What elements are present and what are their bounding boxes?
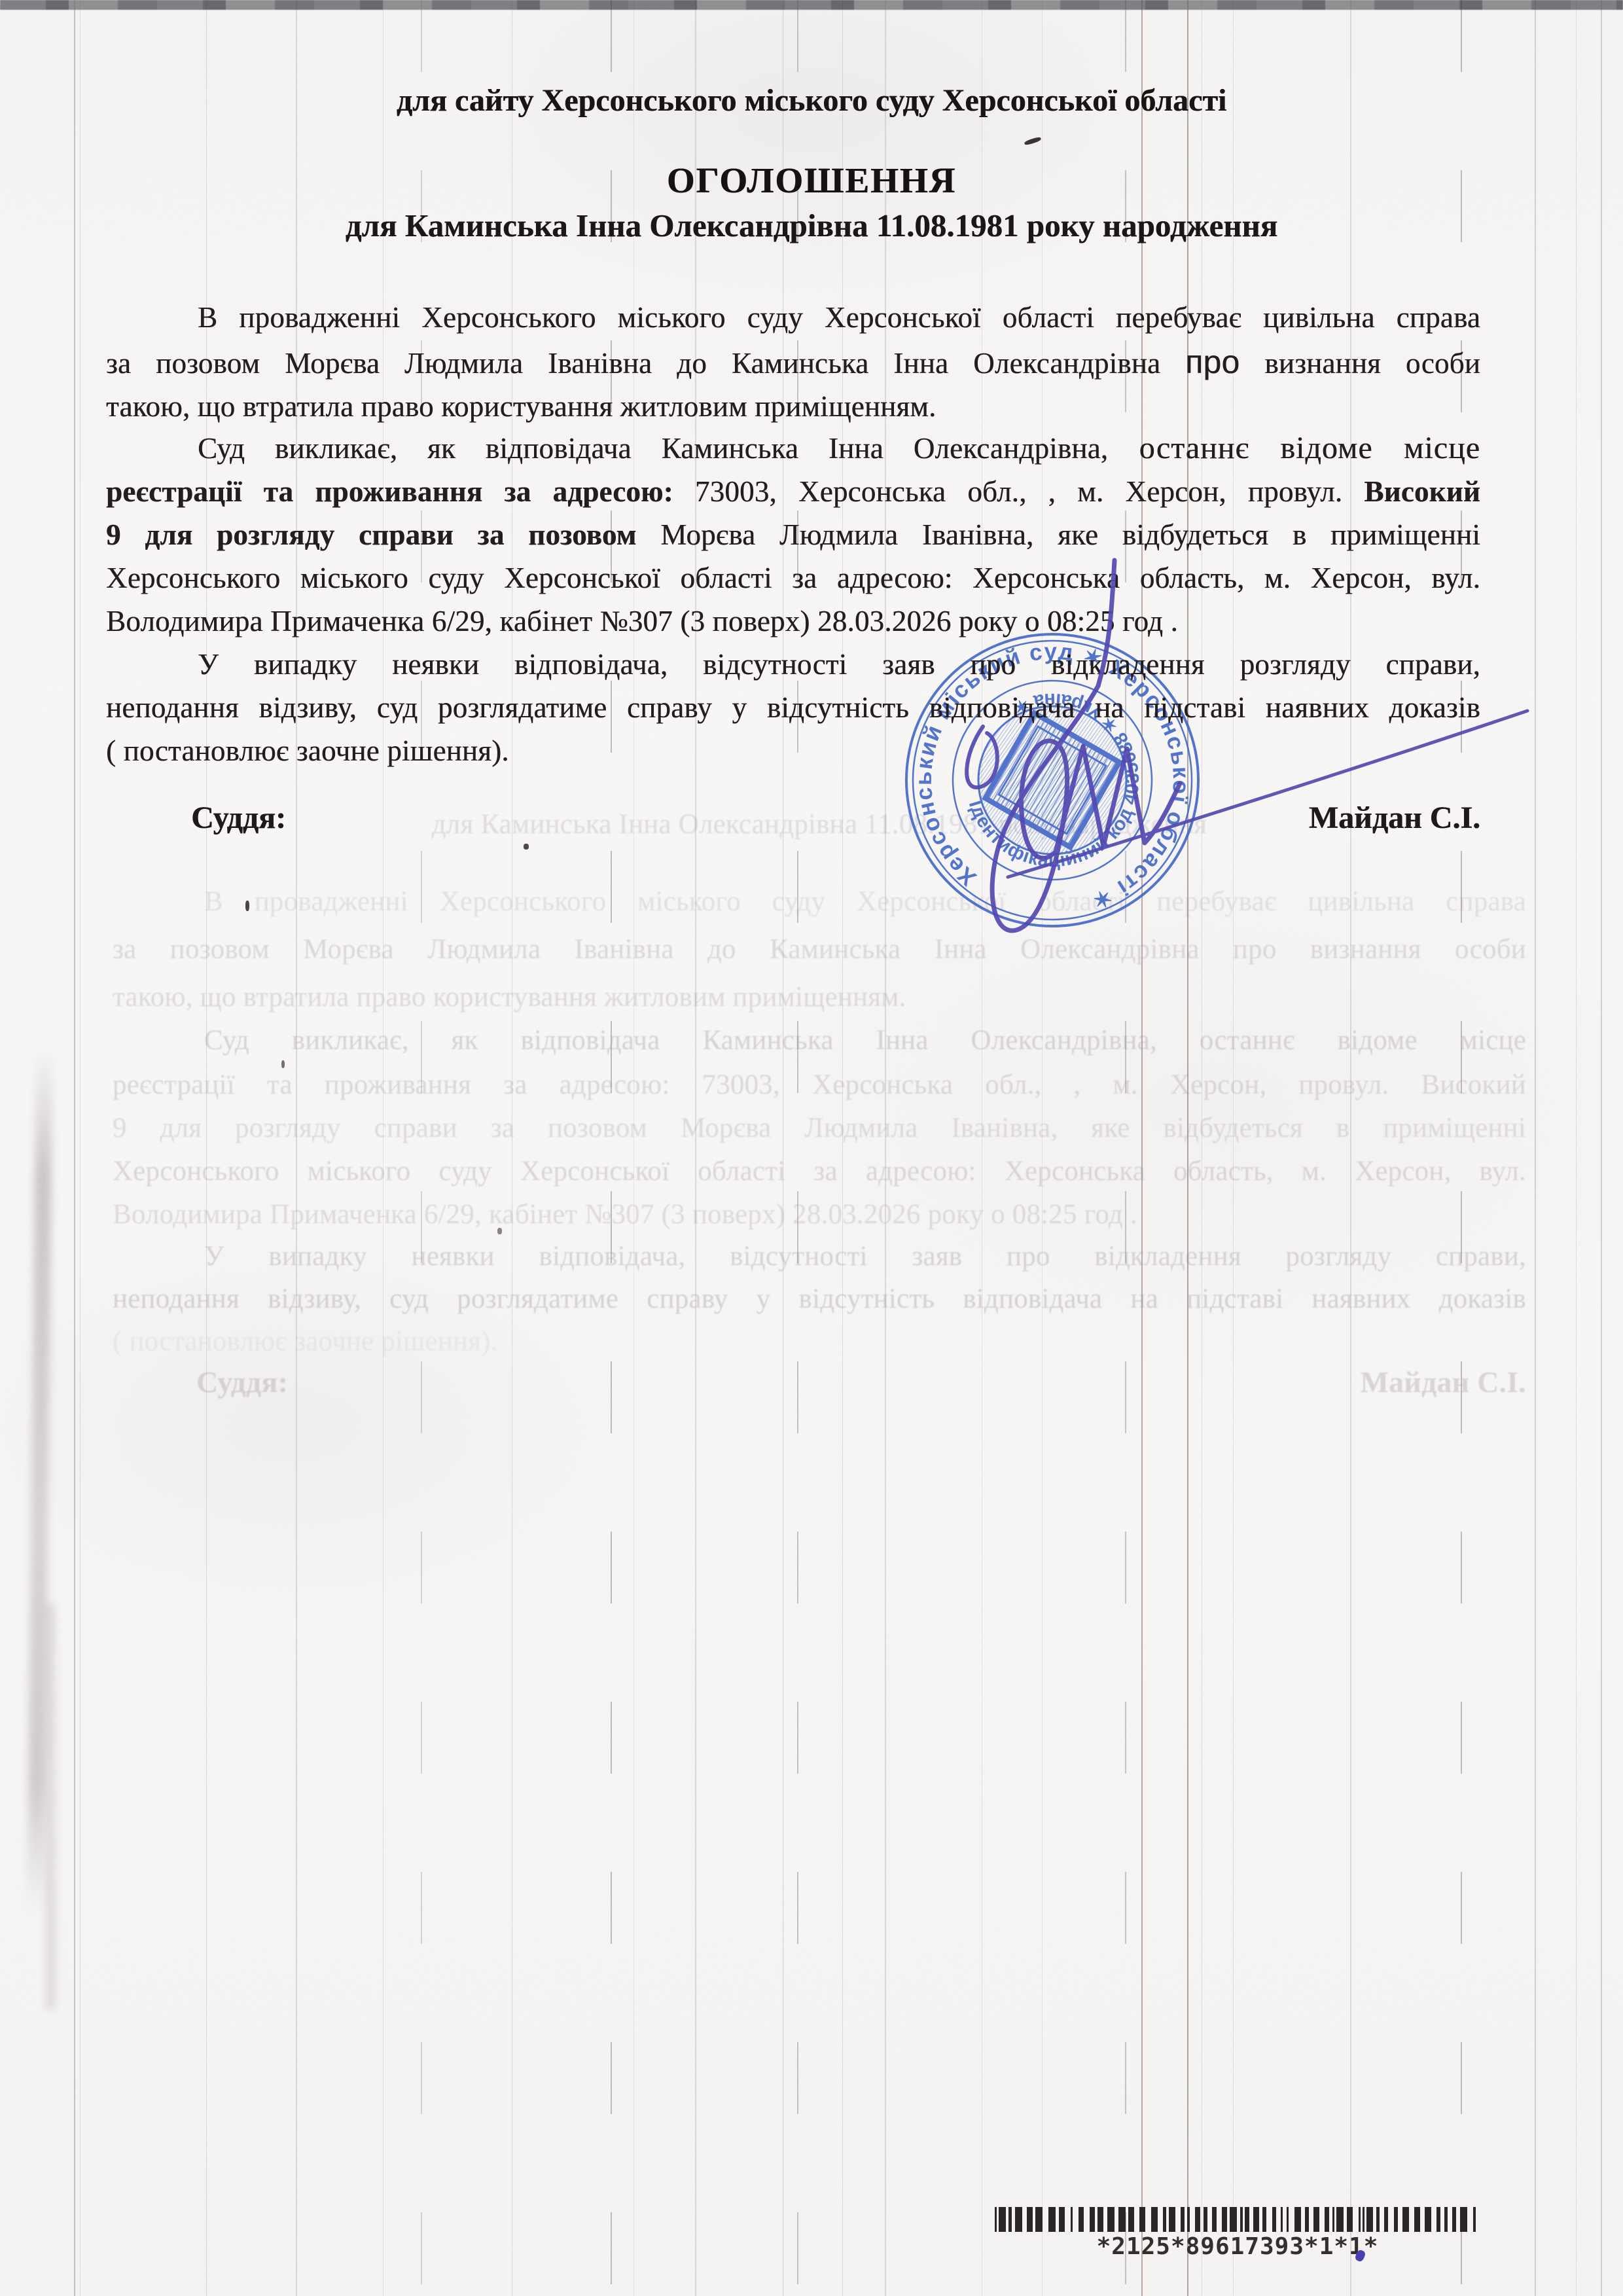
barcode-bar (1425, 2207, 1431, 2232)
text-segment: Володимира Примаченка 6/29, кабінет №307… (106, 605, 1178, 637)
text-segment: неподання відзиву, суд розглядатиме спра… (106, 691, 1480, 724)
barcode-bar (1107, 2207, 1115, 2232)
text-segment: визнання особи (1240, 347, 1480, 380)
text-segment: 73003, Херсонська обл., , м. Херсон, про… (673, 475, 1364, 508)
barcode-bar (1035, 2207, 1043, 2232)
barcode-bar (1240, 2207, 1243, 2232)
paragraph-2-line-4: Херсонського міського суду Херсонської о… (106, 558, 1480, 598)
barcode-bar (1059, 2207, 1065, 2232)
barcode-bar (1436, 2207, 1440, 2232)
paragraph-3-line-3: ( постановлює заочне рішення). (106, 731, 1480, 770)
barcode-bar (1015, 2207, 1022, 2232)
scanned-court-document-page: для Каминська Інна Олександрівна 11.08.1… (0, 0, 1623, 2296)
barcode-bar (1195, 2207, 1200, 2232)
barcode-bar (1079, 2207, 1084, 2232)
judge-signature-row: Суддя: Майдан С.І. (106, 800, 1480, 836)
barcode-bar (1230, 2207, 1237, 2232)
text-segment: Херсонського міського суду Херсонської о… (106, 562, 972, 594)
barcode-bar (1212, 2207, 1217, 2232)
barcode-bar (1444, 2207, 1448, 2232)
paragraph-3-line-2: неподання відзиву, суд розглядатиме спра… (106, 688, 1480, 727)
barcode-bar (1118, 2207, 1126, 2232)
barcode-bar (995, 2207, 997, 2232)
barcode-bar (1294, 2207, 1301, 2232)
barcode-bar (1336, 2207, 1344, 2232)
text-segment: Морєва Людмила Іванівна, (660, 518, 1033, 551)
barcode-bar (1151, 2207, 1158, 2232)
paragraph-1-line-3: такою, що втратила право користування жи… (106, 387, 1480, 426)
barcode-bar (1402, 2207, 1409, 2232)
barcode-bar (1139, 2207, 1145, 2232)
text-segment: Високий (1364, 475, 1480, 508)
barcode-bar (1128, 2207, 1134, 2232)
text-segment: Суд викликає, як відповідача Каминська І… (198, 432, 1108, 465)
paragraph-1-line-1: В провадженні Херсонського міського суду… (106, 298, 1480, 337)
barcode-bar (1181, 2207, 1185, 2232)
barcode-bar (1163, 2207, 1166, 2232)
barcode-bar (1287, 2207, 1289, 2232)
barcode-bar (1363, 2207, 1364, 2232)
paragraph-3-line-1: У випадку неявки відповідача, відсутност… (106, 645, 1480, 684)
text-segment: за позовом Морєва Людмила Іванівна до Ка… (106, 347, 1185, 380)
barcode-bar (1313, 2207, 1319, 2232)
barcode-bar (1394, 2207, 1398, 2232)
barcode-bar (1272, 2207, 1276, 2232)
barcode-bar (1376, 2207, 1380, 2232)
text-segment: В провадженні Херсонського міського суду… (198, 301, 1480, 334)
paragraph-1-line-2: за позовом Морєва Людмила Іванівна до Ка… (106, 342, 1480, 383)
barcode-bar (1414, 2207, 1420, 2232)
text-segment: яке відбудеться в приміщенні (1033, 518, 1480, 551)
paragraph-2-line-3: 9 для розгляду справи за позовом Морєва … (106, 515, 1480, 554)
barcode-bar (1460, 2207, 1467, 2232)
barcode-bars (995, 2207, 1480, 2232)
barcode-bar (1262, 2207, 1266, 2232)
barcode-bar (999, 2207, 1006, 2232)
page-title: ОГОЛОШЕННЯ (124, 160, 1499, 201)
barcode-bar (1097, 2207, 1103, 2232)
barcode-bar (1090, 2207, 1095, 2232)
barcode-bar (1359, 2207, 1361, 2232)
speck (281, 1060, 285, 1068)
barcode-bar (1384, 2207, 1388, 2232)
scanner-top-edge-band (0, 0, 1623, 10)
barcode-bar (1222, 2207, 1227, 2232)
speck (497, 1228, 502, 1234)
barcode-bar (1305, 2207, 1309, 2232)
barcode-bar (1366, 2207, 1373, 2232)
barcode-bar (1169, 2207, 1175, 2232)
speck (524, 844, 529, 850)
barcode-bar (1245, 2207, 1249, 2232)
barcode-bar (1048, 2207, 1056, 2232)
barcode-bar (1071, 2207, 1073, 2232)
speck (245, 901, 249, 911)
text-segment: останнє відоме місце (1108, 431, 1480, 465)
announcement-body: для сайту Херсонського міського суду Хер… (0, 0, 1623, 2296)
barcode-bar (1332, 2207, 1334, 2232)
barcode-bar (1187, 2207, 1190, 2232)
barcode-bar (1473, 2207, 1476, 2232)
barcode-bar (1008, 2207, 1012, 2232)
text-segment: ( постановлює заочне рішення). (106, 734, 509, 767)
barcode-label: *2125*89617393*1*1* (995, 2233, 1480, 2260)
text-segment: Херсонська область, м. Херсон, вул. (972, 562, 1480, 594)
barcode-bar (1027, 2207, 1033, 2232)
site-header-line: для сайту Херсонського міського суду Хер… (124, 82, 1499, 118)
text-segment: реєстрації та проживання за адресою: (106, 475, 673, 508)
barcode-bar (1281, 2207, 1283, 2232)
barcode-bar (1452, 2207, 1456, 2232)
text-segment: про (1185, 344, 1240, 380)
barcode: *2125*89617393*1*1* (995, 2207, 1480, 2260)
judge-label: Суддя: (106, 800, 286, 836)
barcode-bar (1253, 2207, 1259, 2232)
paragraph-2-line-2: реєстрації та проживання за адресою: 730… (106, 472, 1480, 511)
text-segment: У випадку неявки відповідача, відсутност… (198, 648, 1480, 681)
text-segment: 9 для розгляду справи за позовом (106, 518, 660, 551)
addressee-subtitle: для Каминська Інна Олександрівна 11.08.1… (124, 207, 1499, 244)
barcode-bar (1325, 2207, 1329, 2232)
judge-name: Майдан С.І. (1309, 800, 1480, 836)
text-segment: такою, що втратила право користування жи… (106, 390, 936, 423)
paragraph-2-line-1: Суд викликає, як відповідача Каминська І… (106, 429, 1480, 468)
barcode-bar (1204, 2207, 1207, 2232)
barcode-bar (1347, 2207, 1353, 2232)
paragraph-2-line-5: Володимира Примаченка 6/29, кабінет №307… (106, 601, 1480, 641)
